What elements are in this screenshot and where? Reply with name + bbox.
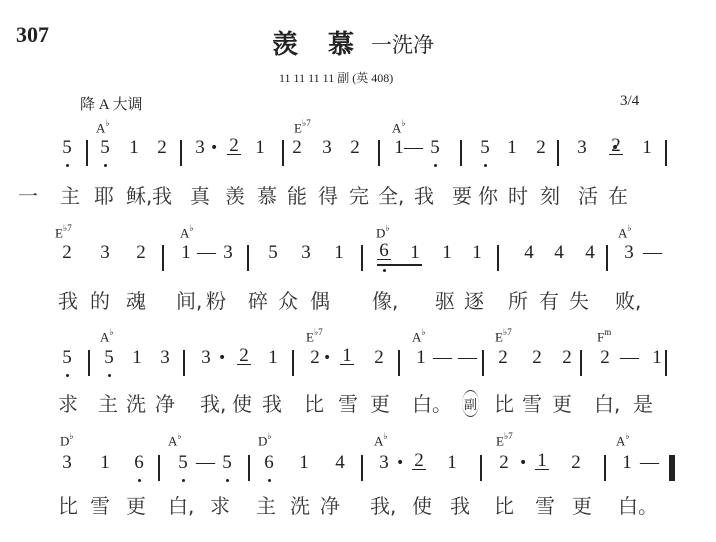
- lyric-char: 净: [155, 388, 175, 417]
- barline: [497, 245, 499, 271]
- lyric-char: 间,: [176, 285, 202, 314]
- barline: [361, 455, 363, 481]
- barline: [162, 245, 164, 271]
- lyric-char: 逐: [464, 285, 484, 314]
- augmentation-dot: •: [519, 455, 527, 471]
- note: 1: [127, 137, 141, 159]
- note: 2: [412, 452, 426, 470]
- chord-symbol: D♭: [376, 224, 390, 241]
- note: 2: [134, 242, 148, 264]
- augmentation-dot: •: [210, 140, 218, 156]
- chord-symbol: D♭: [60, 432, 74, 449]
- lyric-char: 我: [262, 388, 282, 417]
- lyric-char: 有: [539, 285, 559, 314]
- augmentation-dot: •: [323, 350, 331, 366]
- refrain-marker: 副: [462, 390, 479, 417]
- low-octave-dot: [108, 374, 111, 377]
- note: 3: [221, 242, 235, 264]
- lyric-char: 求: [58, 388, 78, 417]
- lyric-char: 羡: [225, 180, 245, 209]
- note: 1: [650, 347, 664, 369]
- lyric-char: 使: [412, 490, 432, 519]
- note: 1: [297, 452, 311, 474]
- augmentation-dot: •: [611, 140, 619, 156]
- note: 1: [440, 242, 454, 264]
- note: 3: [98, 242, 112, 264]
- note: 5: [176, 452, 190, 474]
- barline: [248, 455, 250, 481]
- note: 1: [640, 137, 654, 159]
- note: 3: [158, 347, 172, 369]
- lyric-char: 在: [608, 180, 628, 209]
- lyric-char: 我: [152, 180, 172, 209]
- note: 3: [622, 242, 636, 264]
- lyric-char: 耶: [94, 180, 114, 209]
- augmentation-dot: •: [218, 350, 226, 366]
- lyric-char: 白。: [412, 388, 452, 417]
- low-octave-dot: [268, 479, 271, 482]
- lyric-char: 能: [287, 180, 307, 209]
- lyric-char: 白,: [594, 388, 620, 417]
- lyric-char: 主: [256, 490, 276, 519]
- lyric-char: 雪: [522, 388, 542, 417]
- note: 5: [60, 137, 74, 159]
- note: 1: [414, 347, 428, 369]
- chord-symbol: A♭: [96, 119, 110, 136]
- note: 5: [102, 347, 116, 369]
- lyric-char: 洗: [126, 388, 146, 417]
- note: 2: [227, 137, 241, 155]
- note: 2: [155, 137, 169, 159]
- note: 4: [583, 242, 597, 264]
- note: 3: [377, 452, 391, 474]
- hymn-subtitle: 一洗净: [371, 29, 434, 59]
- note: 3: [299, 242, 313, 264]
- lyric-char: 使: [232, 388, 252, 417]
- note: 2: [290, 137, 304, 159]
- lyric-char: 比: [494, 388, 514, 417]
- lyric-char: 众: [278, 285, 298, 314]
- lyric-char: 失: [569, 285, 589, 314]
- note: 5: [478, 137, 492, 159]
- low-octave-dot: [226, 479, 229, 482]
- note: 2: [598, 347, 612, 369]
- note: 5: [220, 452, 234, 474]
- note: 1: [340, 347, 354, 365]
- low-octave-dot: [484, 164, 487, 167]
- lyric-char: 雪: [338, 388, 358, 417]
- note: 5: [60, 347, 74, 369]
- lyric-char: 慕: [257, 180, 277, 209]
- lyric-char: 更: [370, 388, 390, 417]
- barline: [480, 455, 482, 481]
- note: 2: [497, 452, 511, 474]
- barline: [580, 350, 582, 376]
- note: 1: [332, 242, 346, 264]
- barline: [482, 350, 484, 376]
- barline: [378, 140, 380, 166]
- note: 1: [266, 347, 280, 369]
- lyric-char: 的: [90, 285, 110, 314]
- barline: [606, 245, 608, 271]
- lyric-char: 真: [190, 180, 210, 209]
- low-octave-dot: [104, 164, 107, 167]
- lyric-char: 洗: [290, 490, 310, 519]
- chord-symbol: A♭: [392, 119, 406, 136]
- barline: [604, 455, 606, 481]
- low-octave-dot: [66, 374, 69, 377]
- low-octave-dot: [138, 479, 141, 482]
- chord-symbol: D♭: [258, 432, 272, 449]
- barline: [665, 140, 667, 166]
- sustain-dash: —: [643, 242, 657, 264]
- lyric-char: 是: [633, 388, 653, 417]
- lyric-char: 完: [349, 180, 369, 209]
- note: 4: [552, 242, 566, 264]
- lyric-char: 我,: [370, 490, 396, 519]
- chord-symbol: E♭7: [55, 224, 72, 241]
- note: 3: [60, 452, 74, 474]
- chord-symbol: A♭: [100, 328, 114, 345]
- note: 4: [522, 242, 536, 264]
- chord-symbol: A♭: [618, 224, 632, 241]
- low-octave-dot: [383, 269, 386, 272]
- lyric-char: 偶: [310, 285, 330, 314]
- lyric-char: 比: [58, 490, 78, 519]
- note: 1: [130, 347, 144, 369]
- note: 5: [98, 137, 112, 159]
- lyric-char: 我: [450, 490, 470, 519]
- chord-symbol: A♭: [180, 224, 194, 241]
- barline: [665, 350, 667, 376]
- note: 1: [408, 242, 422, 264]
- note: 4: [333, 452, 347, 474]
- note: 6: [262, 452, 276, 474]
- lyric-char: 更: [552, 388, 572, 417]
- lyric-char: 白。: [618, 490, 658, 519]
- lyric-char: 败,: [615, 285, 641, 314]
- hymn-title: 羡 慕: [272, 24, 356, 61]
- sustain-dash: —: [640, 452, 654, 474]
- note: 6: [132, 452, 146, 474]
- note: 2: [534, 137, 548, 159]
- note: 2: [569, 452, 583, 474]
- low-octave-dot: [182, 479, 185, 482]
- note: 1: [620, 452, 634, 474]
- note: 2: [60, 242, 74, 264]
- note: 2: [308, 347, 322, 369]
- augmentation-dot: •: [396, 455, 404, 471]
- lyric-char: 要: [452, 180, 472, 209]
- barline: [282, 140, 284, 166]
- chord-symbol: A♭: [168, 432, 182, 449]
- lyric-char: 像,: [372, 285, 398, 314]
- note: 2: [530, 347, 544, 369]
- lyric-char: 碎: [248, 285, 268, 314]
- low-octave-dot: [66, 164, 69, 167]
- sustain-dash: —: [458, 347, 472, 369]
- note: 6: [377, 242, 391, 260]
- lyric-char: 稣,: [126, 180, 152, 209]
- lyric-char: 比: [494, 490, 514, 519]
- beam: [377, 264, 422, 266]
- lyric-char: 一: [18, 180, 38, 209]
- barline: [398, 350, 400, 376]
- time-signature: 3/4: [620, 93, 639, 110]
- note: 1: [470, 242, 484, 264]
- sustain-dash: —: [196, 452, 210, 474]
- chord-symbol: E♭7: [294, 119, 311, 136]
- note: 5: [266, 242, 280, 264]
- note: 3: [193, 137, 207, 159]
- chord-symbol: Fm: [597, 328, 611, 345]
- final-barline: [669, 455, 675, 481]
- lyric-char: 白,: [168, 490, 194, 519]
- barline: [158, 455, 160, 481]
- lyric-char: 更: [126, 490, 146, 519]
- barline: [361, 245, 363, 271]
- chord-symbol: A♭: [616, 432, 630, 449]
- lyric-char: 雪: [535, 490, 555, 519]
- chord-symbol: E♭7: [495, 328, 512, 345]
- note: 3: [199, 347, 213, 369]
- barline: [86, 140, 88, 166]
- lyric-char: 魂: [126, 285, 146, 314]
- lyric-char: 主: [98, 388, 118, 417]
- note: 2: [496, 347, 510, 369]
- barline: [180, 140, 182, 166]
- meter-info: 11 11 11 11 副 (英 408): [279, 69, 393, 86]
- lyric-char: 净: [320, 490, 340, 519]
- chord-symbol: E♭7: [496, 432, 513, 449]
- lyric-char: 求: [210, 490, 230, 519]
- lyric-char: 刻: [540, 180, 560, 209]
- chord-symbol: A♭: [412, 328, 426, 345]
- sustain-dash: —: [620, 347, 634, 369]
- note: 1: [179, 242, 193, 264]
- note: 1: [98, 452, 112, 474]
- lyric-char: 所: [508, 285, 528, 314]
- lyric-char: 时: [508, 180, 528, 209]
- note: 3: [320, 137, 334, 159]
- barline: [247, 245, 249, 271]
- note: 5: [428, 137, 442, 159]
- lyric-char: 得: [318, 180, 338, 209]
- low-octave-dot: [434, 164, 437, 167]
- lyric-char: 我,: [200, 388, 226, 417]
- barline: [292, 350, 294, 376]
- lyric-char: 你: [478, 180, 498, 209]
- barline: [183, 350, 185, 376]
- note: 2: [237, 347, 251, 365]
- barline: [88, 350, 90, 376]
- sustain-dash: —: [433, 347, 447, 369]
- lyric-char: 更: [572, 490, 592, 519]
- barline: [460, 140, 462, 166]
- lyric-char: 我: [58, 285, 78, 314]
- chord-symbol: E♭7: [306, 328, 323, 345]
- sustain-dash: —: [197, 242, 211, 264]
- note: 2: [348, 137, 362, 159]
- lyric-char: 主: [60, 180, 80, 209]
- note: 1: [445, 452, 459, 474]
- lyric-char: 雪: [90, 490, 110, 519]
- hymn-number: 307: [16, 22, 49, 48]
- note: 1: [505, 137, 519, 159]
- lyric-char: 全,: [378, 180, 404, 209]
- barline: [557, 140, 559, 166]
- lyric-char: 比: [304, 388, 324, 417]
- key-signature: 降 A 大调: [80, 93, 143, 114]
- note: 1: [253, 137, 267, 159]
- note: 3: [575, 137, 589, 159]
- chord-symbol: A♭: [374, 432, 388, 449]
- note: 2: [372, 347, 386, 369]
- lyric-char: 粉: [206, 285, 226, 314]
- lyric-char: 驱: [435, 285, 455, 314]
- sustain-dash: —: [404, 137, 418, 159]
- lyric-char: 我: [414, 180, 434, 209]
- lyric-char: 活: [578, 180, 598, 209]
- note: 2: [560, 347, 574, 369]
- note: 1: [535, 452, 549, 470]
